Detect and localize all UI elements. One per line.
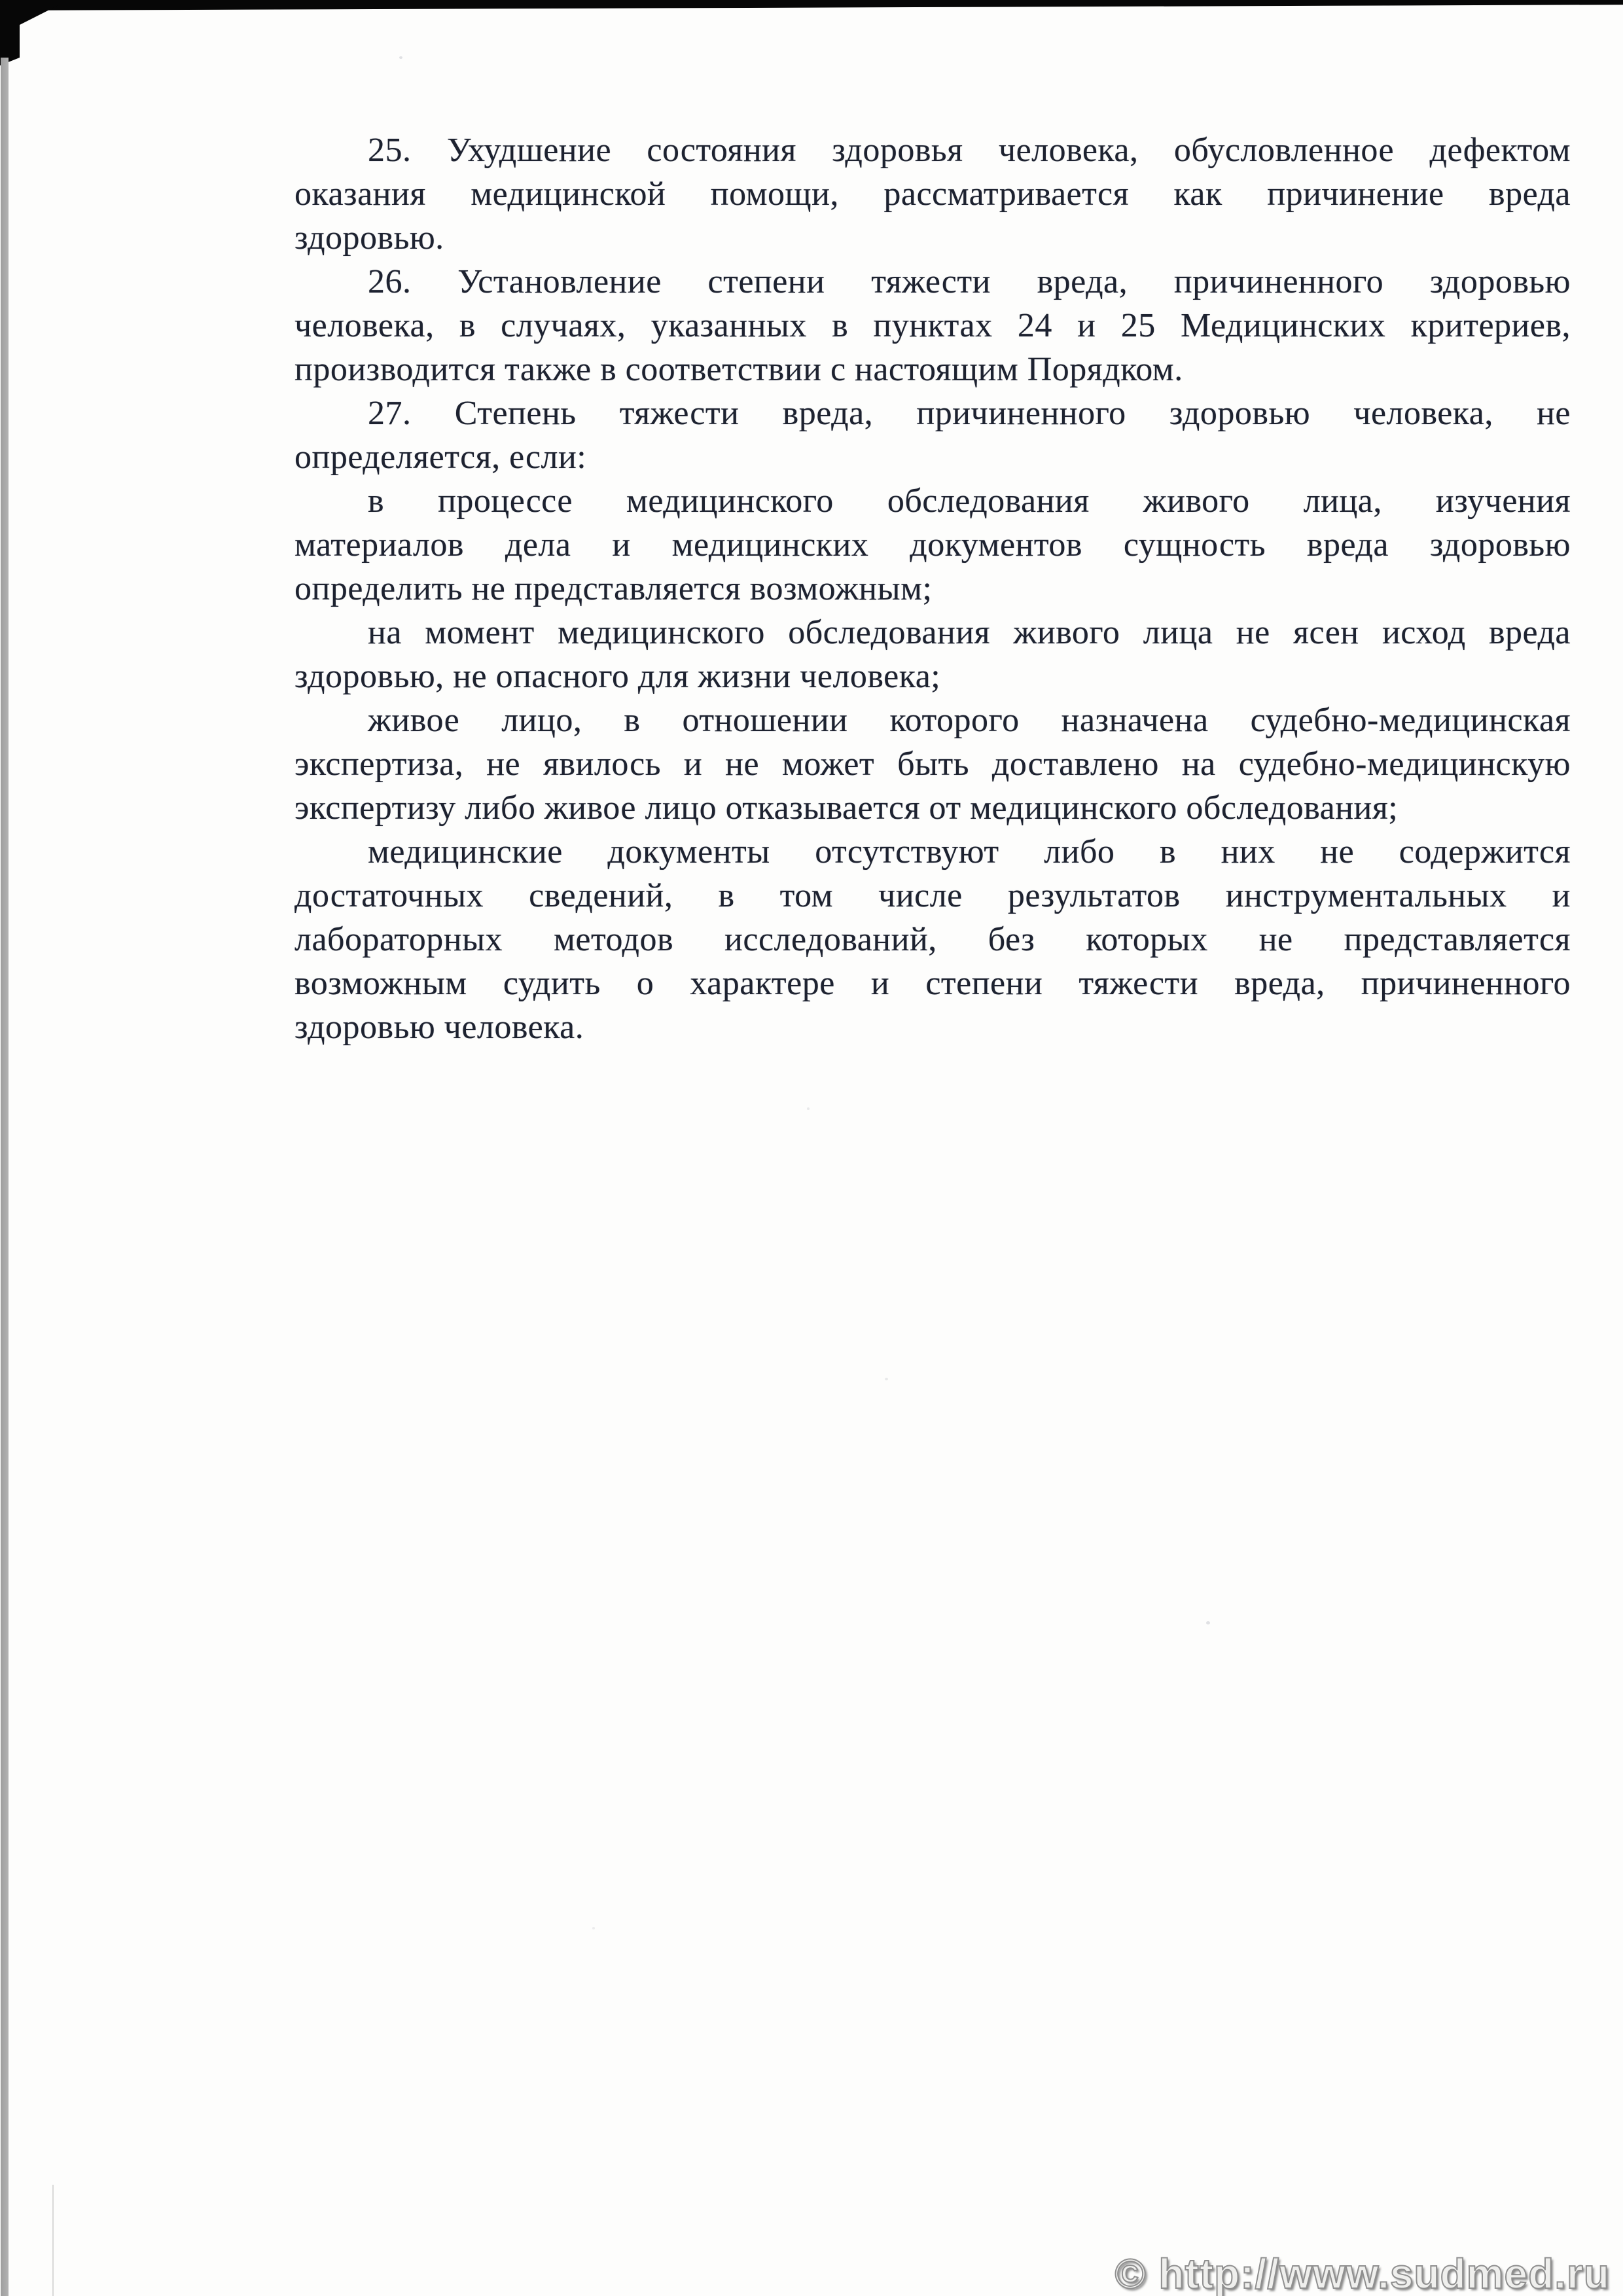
text-line: определить не представляется возможным; — [294, 567, 1571, 611]
paragraph-27: 27. Степень тяжести вреда, причиненного … — [294, 391, 1571, 479]
scan-crease-line — [52, 2185, 54, 2296]
text-line: 25. Ухудшение состояния здоровья человек… — [294, 128, 1571, 172]
scan-speck — [885, 1378, 888, 1380]
text-line: достаточных сведений, в том числе резуль… — [294, 874, 1571, 918]
scan-speck — [1206, 1621, 1210, 1624]
paragraph-27-clause-4: медицинские документы отсутствуют либо в… — [294, 830, 1571, 1049]
text-line: в процессе медицинского обследования жив… — [294, 479, 1571, 523]
document-page: 25. Ухудшение состояния здоровья человек… — [0, 0, 1623, 2296]
text-line: возможным судить о характере и степени т… — [294, 961, 1571, 1005]
text-line: здоровью, не опасного для жизни человека… — [294, 655, 1571, 698]
paragraph-27-clause-2: на момент медицинского обследования живо… — [294, 611, 1571, 698]
text-line: материалов дела и медицинских документов… — [294, 523, 1571, 567]
text-line: здоровью человека. — [294, 1005, 1571, 1049]
text-line: на момент медицинского обследования живо… — [294, 611, 1571, 655]
text-line: медицинские документы отсутствуют либо в… — [294, 830, 1571, 874]
text-line: здоровью. — [294, 216, 1571, 260]
watermark: © http://www.sudmed.ru — [1115, 2250, 1610, 2296]
document-text: 25. Ухудшение состояния здоровья человек… — [294, 128, 1571, 1049]
scan-speck — [399, 56, 402, 59]
paragraph-27-clause-1: в процессе медицинского обследования жив… — [294, 479, 1571, 611]
text-line: человека, в случаях, указанных в пунктах… — [294, 304, 1571, 348]
text-line: лабораторных методов исследований, без к… — [294, 918, 1571, 961]
paragraph-26: 26. Установление степени тяжести вреда, … — [294, 260, 1571, 391]
scan-edge-top — [0, 0, 1623, 10]
scanned-document: { "page": { "watermark": "© http://www.s… — [0, 0, 1623, 2296]
text-line: оказания медицинской помощи, рассматрива… — [294, 172, 1571, 216]
text-line: 26. Установление степени тяжести вреда, … — [294, 260, 1571, 304]
text-line: производится также в соответствии с наст… — [294, 348, 1571, 391]
scan-corner-wedge — [20, 0, 59, 25]
text-line: экспертизу либо живое лицо отказывается … — [294, 786, 1571, 830]
scan-edge-left-shadow — [1, 58, 9, 2296]
scan-speck — [592, 1927, 595, 1929]
scan-corner-artifact — [0, 0, 20, 65]
text-line: экспертиза, не явилось и не может быть д… — [294, 742, 1571, 786]
text-line: живое лицо, в отношении которого назначе… — [294, 698, 1571, 742]
scan-speck — [807, 1107, 810, 1110]
text-line: 27. Степень тяжести вреда, причиненного … — [294, 391, 1571, 435]
text-line: определяется, если: — [294, 435, 1571, 479]
paragraph-25: 25. Ухудшение состояния здоровья человек… — [294, 128, 1571, 260]
paragraph-27-clause-3: живое лицо, в отношении которого назначе… — [294, 698, 1571, 830]
